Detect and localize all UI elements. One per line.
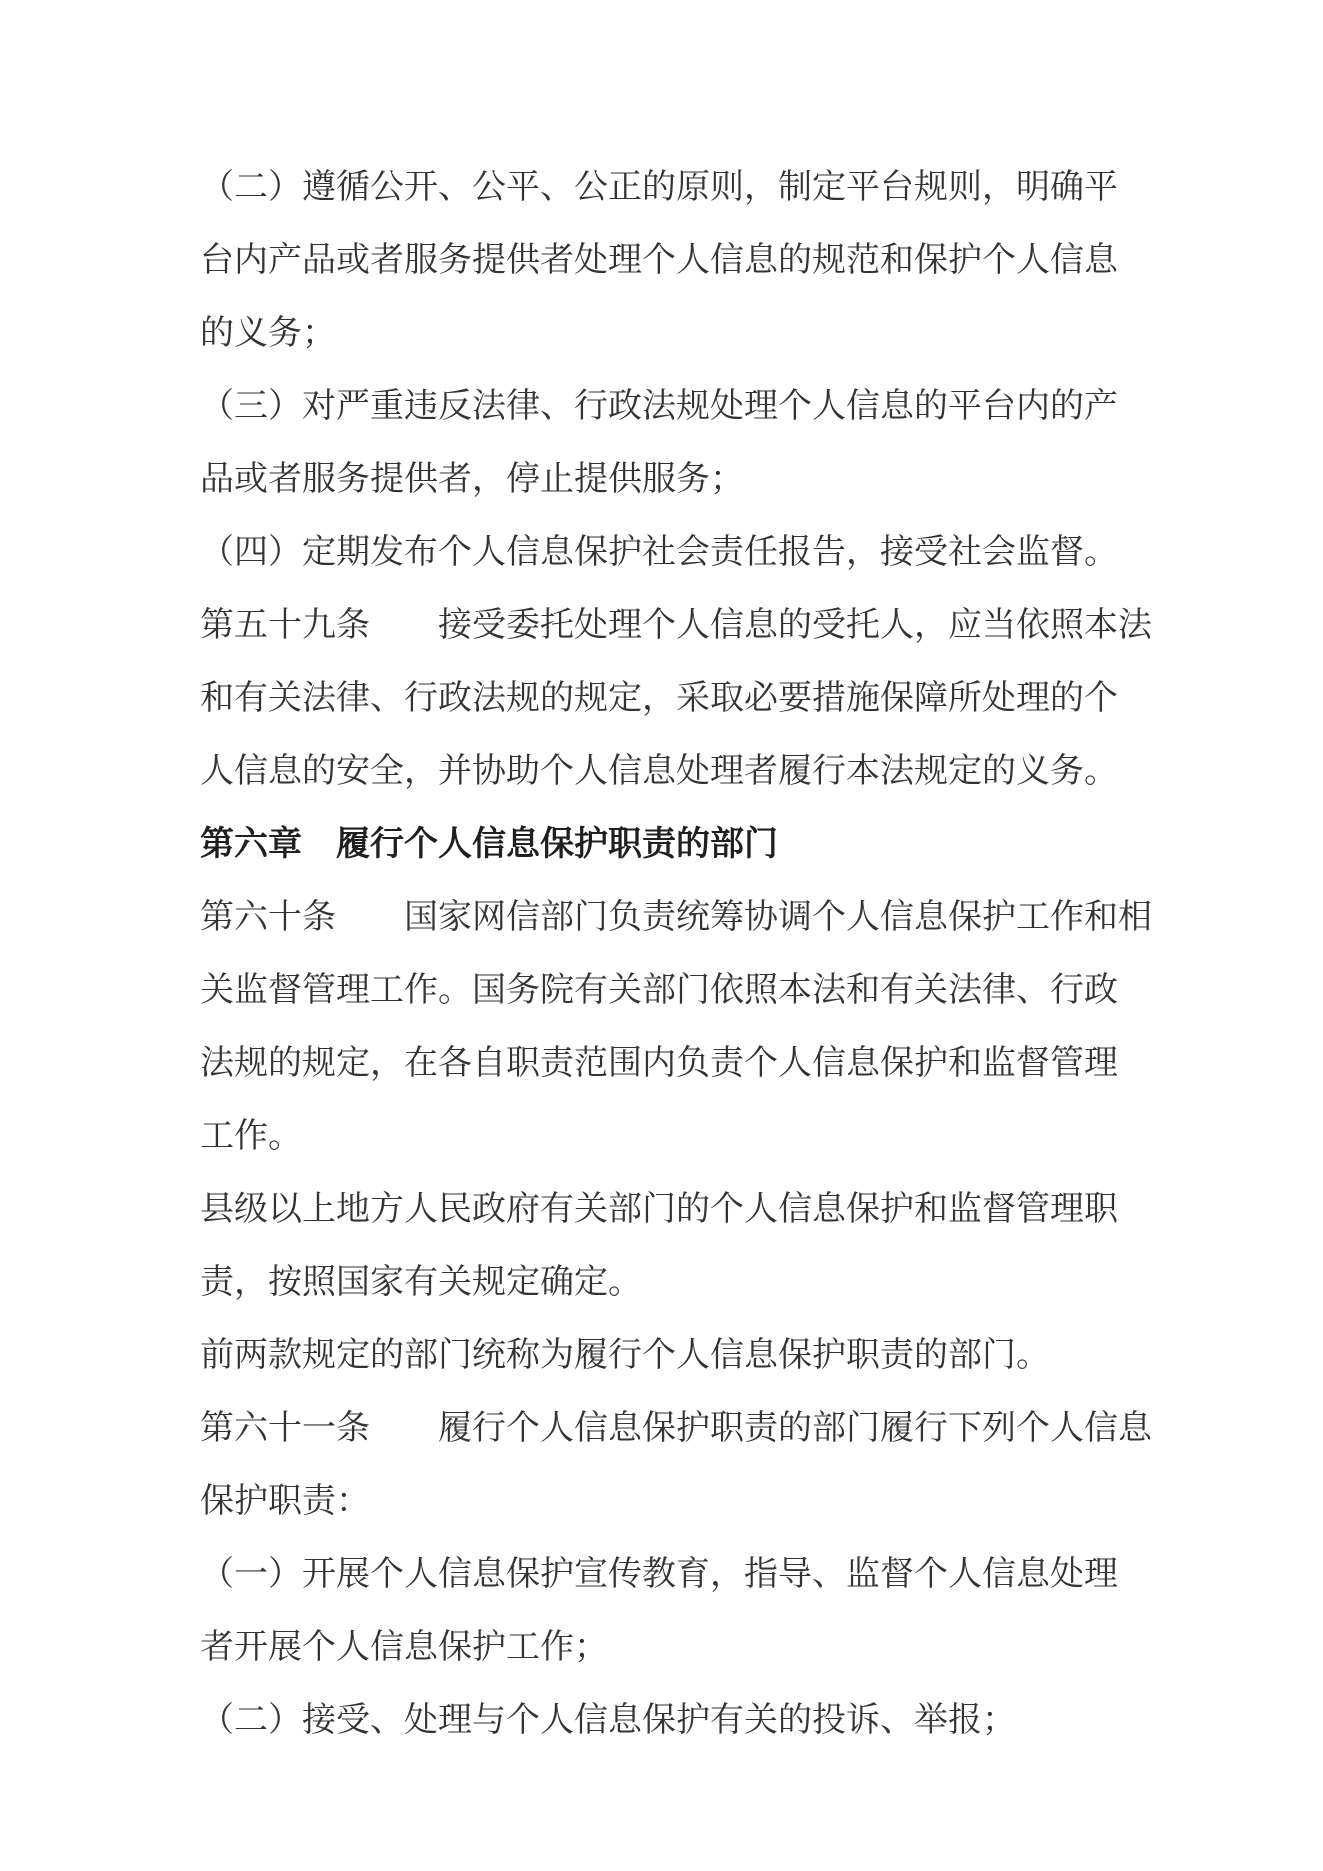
paragraph-line: 责，按照国家有关规定确定。 xyxy=(200,1246,1100,1319)
paragraph-line: （三）对严重违反法律、行政法规处理个人信息的平台内的产 xyxy=(200,370,1100,443)
paragraph-line: 保护职责： xyxy=(200,1465,1100,1538)
paragraph-line: 第六十条 国家网信部门负责统筹协调个人信息保护工作和相 xyxy=(200,881,1100,954)
paragraph-line: （二）遵循公开、公平、公正的原则，制定平台规则，明确平 xyxy=(200,151,1100,224)
paragraph-line: （二）接受、处理与个人信息保护有关的投诉、举报； xyxy=(200,1684,1100,1757)
paragraph-line: 法规的规定，在各自职责范围内负责个人信息保护和监督管理 xyxy=(200,1027,1100,1100)
paragraph-line: 第五十九条 接受委托处理个人信息的受托人，应当依照本法 xyxy=(200,589,1100,662)
paragraph-line: 者开展个人信息保护工作； xyxy=(200,1611,1100,1684)
paragraph-line: 台内产品或者服务提供者处理个人信息的规范和保护个人信息 xyxy=(200,224,1100,297)
paragraph-line: 的义务； xyxy=(200,297,1100,370)
paragraph-line: （一）开展个人信息保护宣传教育，指导、监督个人信息处理 xyxy=(200,1538,1100,1611)
paragraph-line: 和有关法律、行政法规的规定，采取必要措施保障所处理的个 xyxy=(200,662,1100,735)
document-text: （二）遵循公开、公平、公正的原则，制定平台规则，明确平台内产品或者服务提供者处理… xyxy=(200,151,1100,1757)
paragraph-line: 人信息的安全，并协助个人信息处理者履行本法规定的义务。 xyxy=(200,735,1100,808)
paragraph-line: 前两款规定的部门统称为履行个人信息保护职责的部门。 xyxy=(200,1319,1100,1392)
paragraph-line: 工作。 xyxy=(200,1100,1100,1173)
chapter-heading: 第六章 履行个人信息保护职责的部门 xyxy=(200,808,1100,881)
paragraph-line: 关监督管理工作。国务院有关部门依照本法和有关法律、行政 xyxy=(200,954,1100,1027)
paragraph-line: 县级以上地方人民政府有关部门的个人信息保护和监督管理职 xyxy=(200,1173,1100,1246)
paragraph-line: 品或者服务提供者，停止提供服务； xyxy=(200,443,1100,516)
paragraph-line: 第六十一条 履行个人信息保护职责的部门履行下列个人信息 xyxy=(200,1392,1100,1465)
document-page: （二）遵循公开、公平、公正的原则，制定平台规则，明确平台内产品或者服务提供者处理… xyxy=(0,0,1323,1871)
paragraph-line: （四）定期发布个人信息保护社会责任报告，接受社会监督。 xyxy=(200,516,1100,589)
